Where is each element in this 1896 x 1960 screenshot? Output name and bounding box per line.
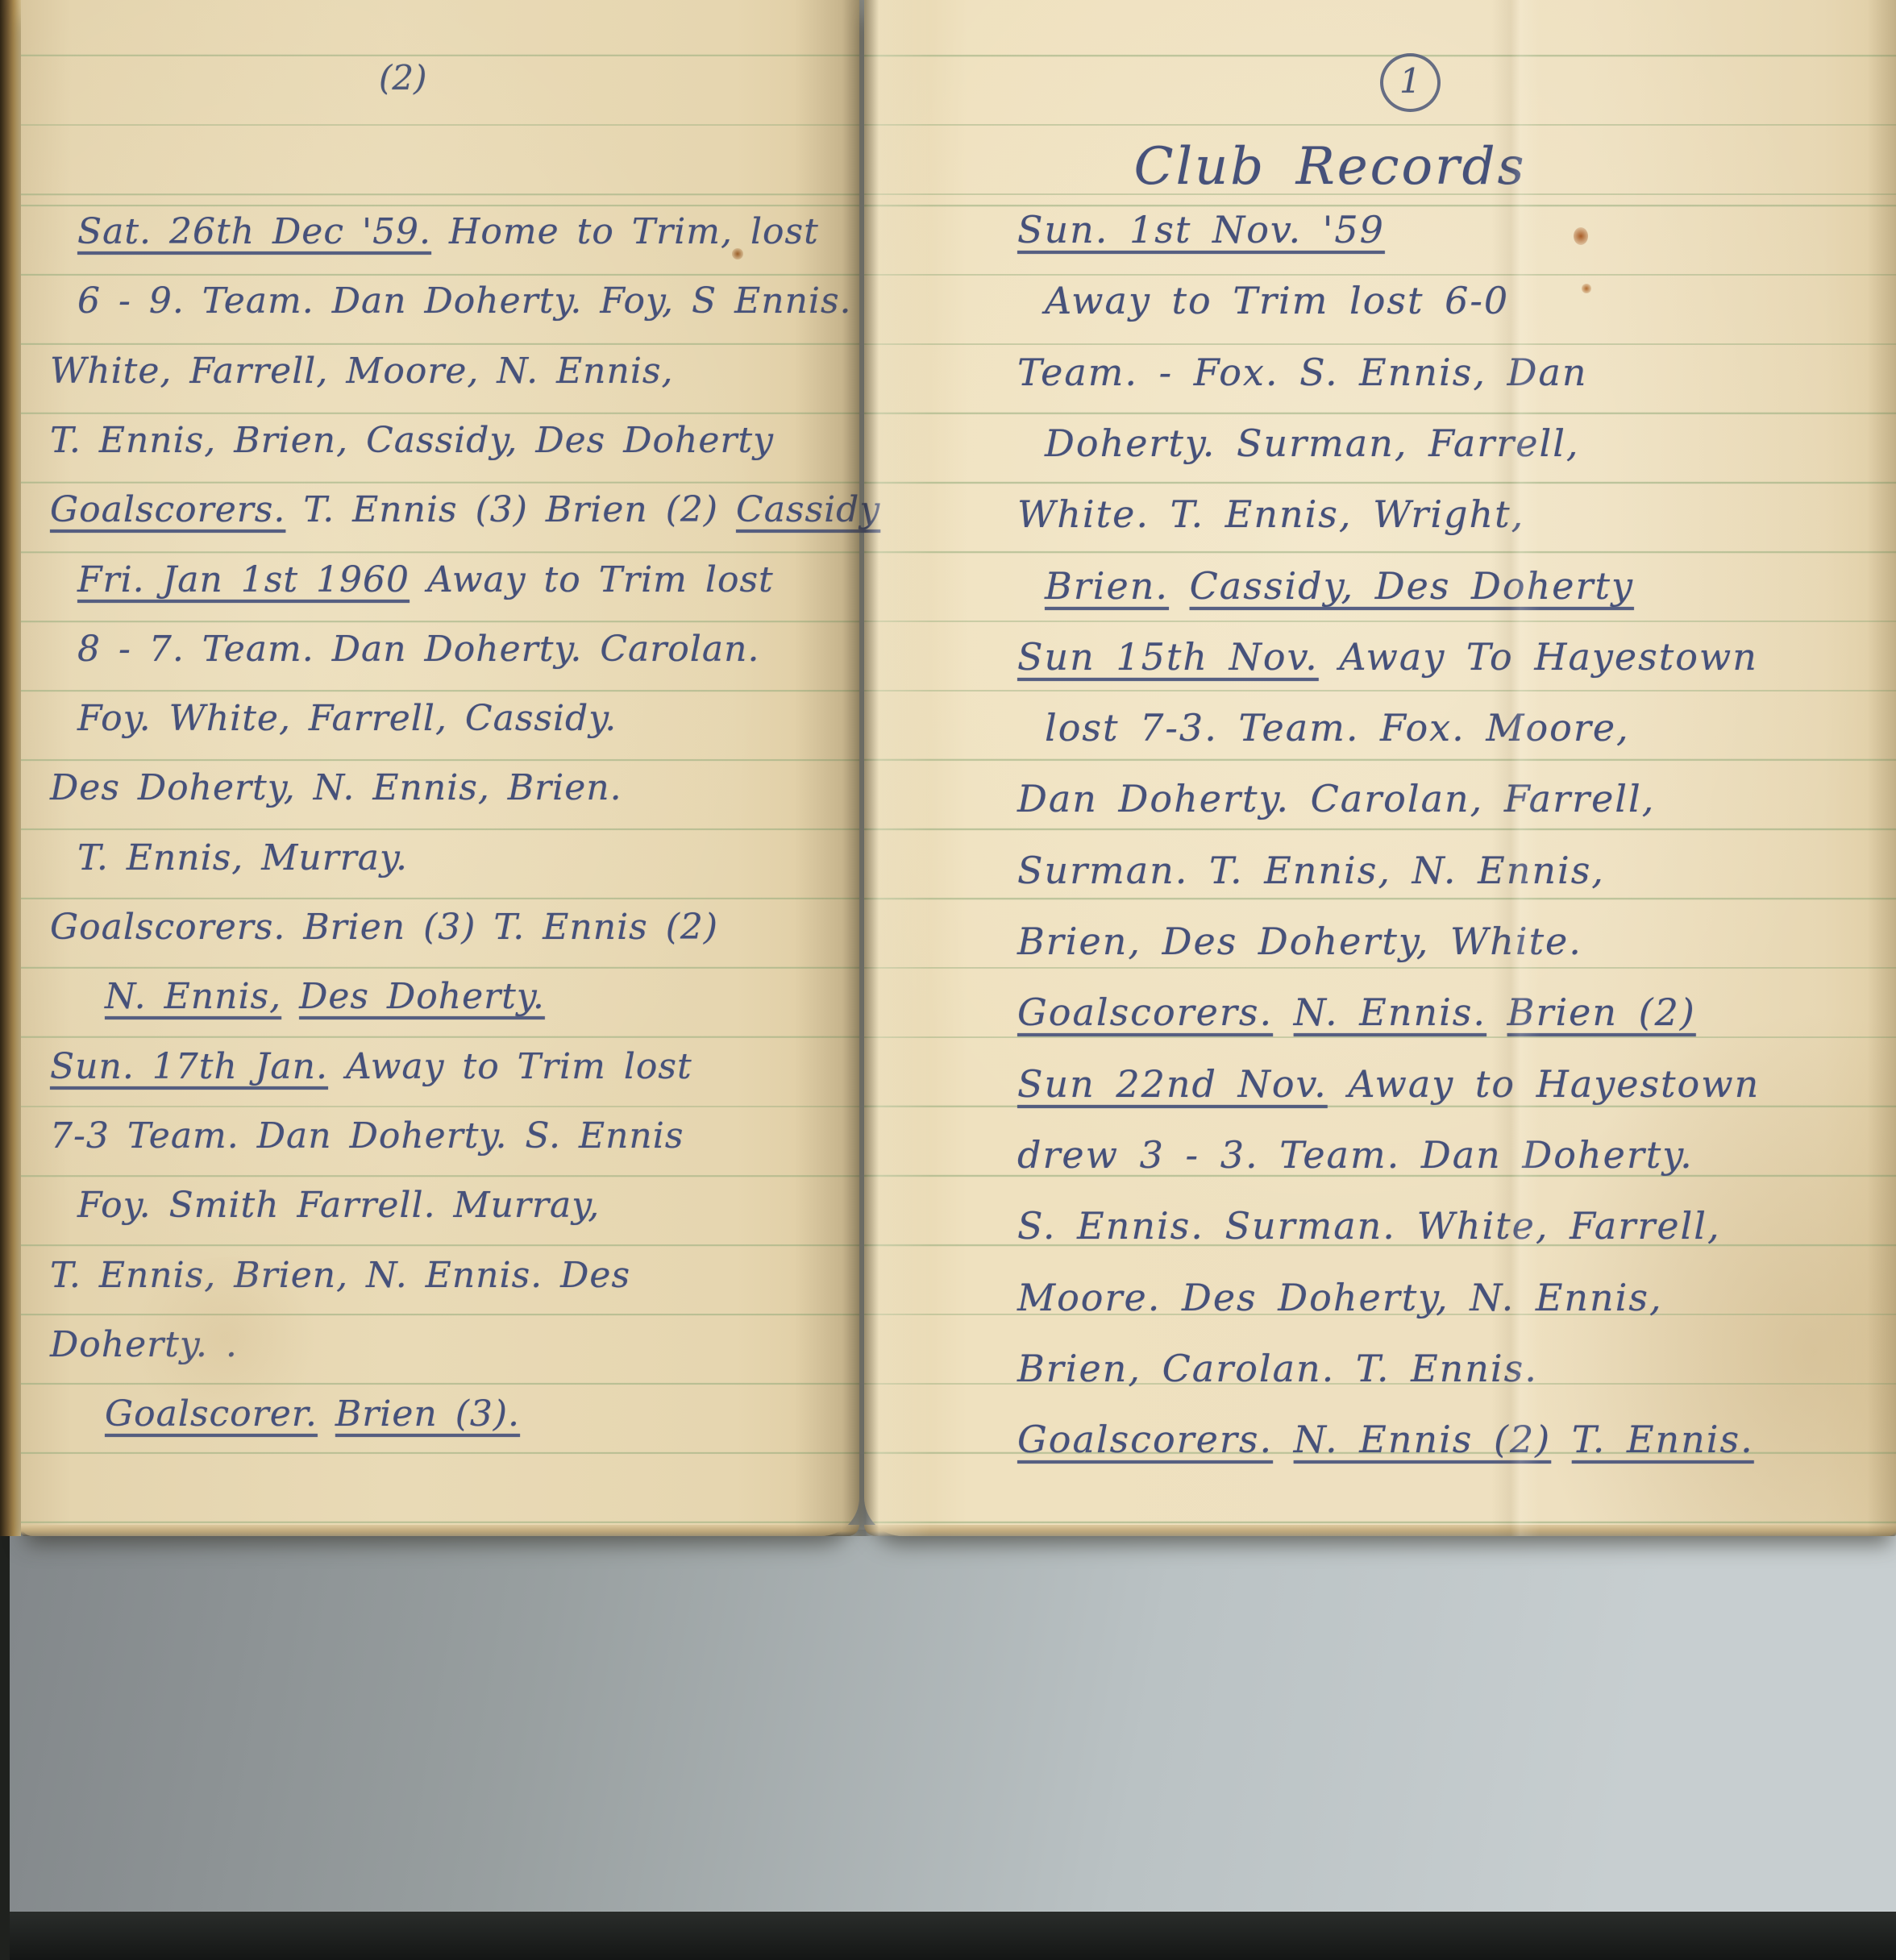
handwriting-segment: N. Ennis.	[1294, 990, 1486, 1034]
handwriting-segment	[1273, 990, 1294, 1034]
handwriting-segment	[281, 976, 299, 1017]
handwriting-segment: Goalscorers.	[1017, 1418, 1273, 1461]
handwriting-segment: Away to Trim lost 6-0	[1045, 279, 1509, 322]
handwriting-segment: Brien.	[1045, 564, 1169, 608]
handwriting-line: Goalscorers. N. Ennis (2) T. Ennis.	[1017, 1418, 1754, 1461]
handwriting-segment: Brien, Carolan. T. Ennis.	[1017, 1347, 1538, 1390]
handwriting-segment: Cassidy, Des Doherty	[1190, 564, 1634, 608]
handwriting-segment: Goalscorers. Brien (3) T. Ennis (2)	[50, 907, 718, 948]
handwriting-segment: N. Ennis,	[105, 976, 281, 1017]
handwriting-segment: Doherty. Surman, Farrell,	[1045, 421, 1580, 465]
handwriting-line: Sat. 26th Dec '59. Home to Trim, lost	[77, 211, 819, 252]
handwriting-segment: Fri. Jan 1st 1960	[77, 559, 410, 600]
handwriting-line: 6 - 9. Team. Dan Doherty. Foy, S Ennis.	[77, 280, 852, 322]
handwriting-line: drew 3 - 3. Team. Dan Doherty.	[1017, 1133, 1694, 1177]
handwriting-segment: T. Ennis, Brien, Cassidy, Des Doherty	[50, 420, 774, 461]
handwriting-line: 8 - 7. Team. Dan Doherty. Carolan.	[77, 629, 759, 670]
handwriting-segment: Foy. White, Farrell, Cassidy.	[77, 698, 617, 739]
scanner-background	[0, 1530, 1896, 1960]
handwriting-line: Brien, Des Doherty, White.	[1017, 920, 1582, 963]
scanned-notebook-spread: { "colors": { "ink": "#46517a", "paper_l…	[0, 0, 1896, 1960]
handwriting-line: Brien. Cassidy, Des Doherty	[1045, 564, 1634, 608]
handwriting-segment	[1551, 1418, 1572, 1461]
handwriting-segment: Dan Doherty. Carolan, Farrell,	[1017, 777, 1655, 820]
handwriting-segment: White, Farrell, Moore, N. Ennis,	[50, 351, 674, 392]
handwriting-segment: T. Ennis, Brien, N. Ennis. Des	[50, 1255, 630, 1296]
handwriting-segment: Des Doherty.	[299, 976, 545, 1017]
handwriting-segment: lost 7-3. Team. Fox. Moore,	[1045, 706, 1630, 750]
handwriting-line: Doherty. .	[50, 1324, 238, 1365]
right-page-bottom-edge	[864, 1525, 1896, 1536]
left-page-number: (2)	[379, 58, 427, 98]
handwriting-segment: S. Ennis. Surman. White, Farrell,	[1017, 1204, 1721, 1248]
handwriting-line: Team. - Fox. S. Ennis, Dan	[1017, 351, 1588, 394]
handwriting-line: Sun. 1st Nov. '59	[1017, 208, 1385, 251]
handwriting-line: Dan Doherty. Carolan, Farrell,	[1017, 777, 1655, 820]
handwriting-line: Doherty. Surman, Farrell,	[1045, 421, 1580, 465]
handwriting-segment: Away to Trim lost	[410, 559, 774, 600]
handwriting-segment: Foy. Smith Farrell. Murray,	[77, 1185, 600, 1226]
handwriting-segment: Goalscorer.	[105, 1393, 318, 1435]
handwriting-segment: White. T. Ennis, Wright,	[1017, 492, 1524, 536]
handwriting-line: Fri. Jan 1st 1960 Away to Trim lost	[77, 559, 774, 600]
handwriting-segment	[1273, 1418, 1294, 1461]
handwriting-segment: Sat. 26th Dec '59.	[77, 211, 431, 252]
handwriting-line: N. Ennis, Des Doherty.	[105, 976, 545, 1017]
handwriting-line: Away to Trim lost 6-0	[1045, 279, 1509, 322]
handwriting-line: T. Ennis, Murray.	[77, 837, 408, 878]
handwriting-segment	[1169, 564, 1190, 608]
handwriting-segment: Away to Trim lost	[328, 1046, 692, 1087]
handwriting-segment: T. Ennis.	[1572, 1418, 1754, 1461]
handwriting-segment: Goalscorers.	[50, 489, 285, 530]
scanner-bottom-bar	[0, 1912, 1896, 1960]
handwriting-line: Sun 22nd Nov. Away to Hayestown	[1017, 1062, 1760, 1106]
handwriting-line: Goalscorer. Brien (3).	[105, 1393, 520, 1435]
handwriting-segment: Doherty. .	[50, 1324, 238, 1365]
handwriting-segment	[318, 1393, 335, 1435]
handwriting-line: Foy. Smith Farrell. Murray,	[77, 1185, 600, 1226]
handwriting-line: Goalscorers. T. Ennis (3) Brien (2) Cass…	[50, 489, 880, 530]
handwriting-line: White. T. Ennis, Wright,	[1017, 492, 1524, 536]
handwriting-segment: Des Doherty, N. Ennis, Brien.	[50, 767, 622, 808]
handwriting-line: Surman. T. Ennis, N. Ennis,	[1017, 849, 1605, 892]
handwriting-segment: Sun 15th Nov.	[1017, 635, 1319, 679]
handwriting-line: White, Farrell, Moore, N. Ennis,	[50, 351, 674, 392]
handwriting-segment: Away To Hayestown	[1319, 635, 1758, 679]
handwriting-segment: 8 - 7. Team. Dan Doherty. Carolan.	[77, 629, 759, 670]
handwriting-line: Sun. 17th Jan. Away to Trim lost	[50, 1046, 692, 1087]
page-title: Club Records	[927, 137, 1733, 197]
left-page-bottom-edge	[21, 1525, 859, 1536]
handwriting-line: Moore. Des Doherty, N. Ennis,	[1017, 1276, 1663, 1319]
handwriting-segment: drew 3 - 3. Team. Dan Doherty.	[1017, 1133, 1694, 1177]
handwriting-segment	[1486, 990, 1507, 1034]
handwriting-line: Foy. White, Farrell, Cassidy.	[77, 698, 617, 739]
handwriting-segment: T. Ennis, Murray.	[77, 837, 408, 878]
handwriting-segment: Goalscorers.	[1017, 990, 1273, 1034]
handwriting-line: Goalscorers. Brien (3) T. Ennis (2)	[50, 907, 718, 948]
handwriting-line: S. Ennis. Surman. White, Farrell,	[1017, 1204, 1721, 1248]
notebook: (2) 1 Club Records Sat. 26th Dec '59. Ho…	[0, 0, 1896, 1541]
handwriting-segment: Cassidy	[736, 489, 880, 530]
handwriting-line: Goalscorers. N. Ennis. Brien (2)	[1017, 990, 1696, 1034]
handwriting-segment: Moore. Des Doherty, N. Ennis,	[1017, 1276, 1663, 1319]
handwriting-segment: Sun. 1st Nov. '59	[1017, 208, 1385, 251]
handwriting-segment: T. Ennis (3) Brien (2)	[285, 489, 736, 530]
handwriting-line: lost 7-3. Team. Fox. Moore,	[1045, 706, 1630, 750]
handwriting-line: Brien, Carolan. T. Ennis.	[1017, 1347, 1538, 1390]
handwriting-segment: Away to Hayestown	[1328, 1062, 1761, 1106]
handwriting-segment: Brien (3).	[335, 1393, 520, 1435]
handwriting-line: T. Ennis, Brien, N. Ennis. Des	[50, 1255, 630, 1296]
handwriting-segment: Brien, Des Doherty, White.	[1017, 920, 1582, 963]
handwriting-segment: Sun. 17th Jan.	[50, 1046, 328, 1087]
handwriting-line: T. Ennis, Brien, Cassidy, Des Doherty	[50, 420, 774, 461]
handwriting-segment: 7-3 Team. Dan Doherty. S. Ennis	[50, 1115, 684, 1156]
scanner-left-edge	[0, 1528, 10, 1960]
right-page-number: 1	[1380, 53, 1441, 112]
handwriting-segment: Brien (2)	[1507, 990, 1696, 1034]
handwriting-segment: Surman. T. Ennis, N. Ennis,	[1017, 849, 1605, 892]
handwriting-segment: 6 - 9. Team. Dan Doherty. Foy, S Ennis.	[77, 280, 852, 322]
handwriting-line: 7-3 Team. Dan Doherty. S. Ennis	[50, 1115, 684, 1156]
handwriting-segment: Home to Trim, lost	[431, 211, 819, 252]
handwriting-line: Des Doherty, N. Ennis, Brien.	[50, 767, 622, 808]
circled-page-number: 1	[1380, 53, 1441, 112]
handwriting-line: Sun 15th Nov. Away To Hayestown	[1017, 635, 1758, 679]
handwriting-segment: Sun 22nd Nov.	[1017, 1062, 1328, 1106]
spine-page-edges	[0, 0, 21, 1536]
handwriting-segment: Team. - Fox. S. Ennis, Dan	[1017, 351, 1588, 394]
handwriting-segment: N. Ennis (2)	[1294, 1418, 1551, 1461]
